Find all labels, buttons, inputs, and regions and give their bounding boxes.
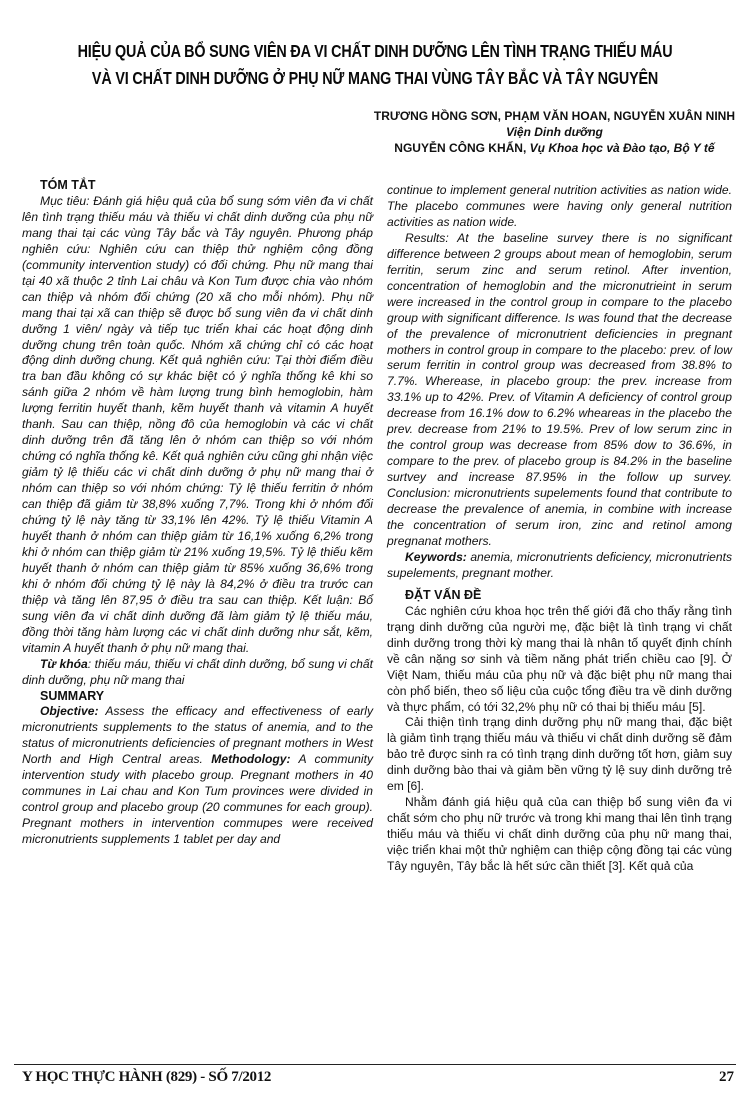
methodology-label: Methodology: [211,752,290,766]
tu-khoa-paragraph: Từ khóa: thiếu máu, thiếu vi chất dinh d… [22,657,373,689]
journal-footer: Y HỌC THỰC HÀNH (829) - SỐ 7/2012 [22,1069,271,1086]
title-line-2: VÀ VI CHẤT DINH DƯỠNG Ở PHỤ NỮ MANG THAI… [68,65,683,92]
author-2: NGUYỄN CÔNG KHẨN, [394,141,526,155]
dat-van-de-heading: ĐẶT VẤN ĐỀ [405,588,732,604]
keywords-paragraph: Keywords: anemia, micronutrients deficie… [387,550,732,582]
tu-khoa-label: Từ khóa [40,657,88,671]
article-title: HIỆU QUẢ CỦA BỔ SUNG VIÊN ĐA VI CHẤT DIN… [68,38,683,92]
right-column: continue to implement general nutrition … [387,183,732,875]
affiliation-1: Viện Dinh dưỡng [374,124,735,140]
footer-divider [14,1064,736,1065]
summary-paragraph: Objective: Assess the efficacy and effec… [22,704,373,848]
tom-tat-abstract: Mục tiêu: Đánh giá hiệu quả của bổ sung … [22,194,373,657]
methodology-text: A community intervention study with plac… [22,752,373,846]
summary-continuation: continue to implement general nutrition … [387,183,732,231]
tom-tat-heading: TÓM TẮT [40,178,373,194]
authors-line-1: TRƯƠNG HỒNG SƠN, PHẠM VĂN HOAN, NGUYỄN X… [374,108,735,124]
title-line-1: HIỆU QUẢ CỦA BỔ SUNG VIÊN ĐA VI CHẤT DIN… [68,38,683,65]
objective-label: Objective: [40,704,98,718]
intro-paragraph-1: Các nghiên cứu khoa học trên thế giới đã… [387,604,732,716]
affiliation-2: Vụ Khoa học và Đào tạo, Bộ Y tế [526,141,714,155]
intro-paragraph-2: Cải thiện tình trạng dinh dưỡng phụ nữ m… [387,715,732,795]
page-number: 27 [719,1069,734,1086]
keywords-label: Keywords: [405,550,467,564]
left-column: TÓM TẮT Mục tiêu: Đánh giá hiệu quả của … [22,178,373,848]
intro-paragraph-3: Nhằm đánh giá hiệu quả của can thiệp bổ … [387,795,732,875]
summary-heading: SUMMARY [40,689,373,705]
author-block: TRƯƠNG HỒNG SƠN, PHẠM VĂN HOAN, NGUYỄN X… [374,108,735,156]
results-paragraph: Results: At the baseline survey there is… [387,231,732,550]
